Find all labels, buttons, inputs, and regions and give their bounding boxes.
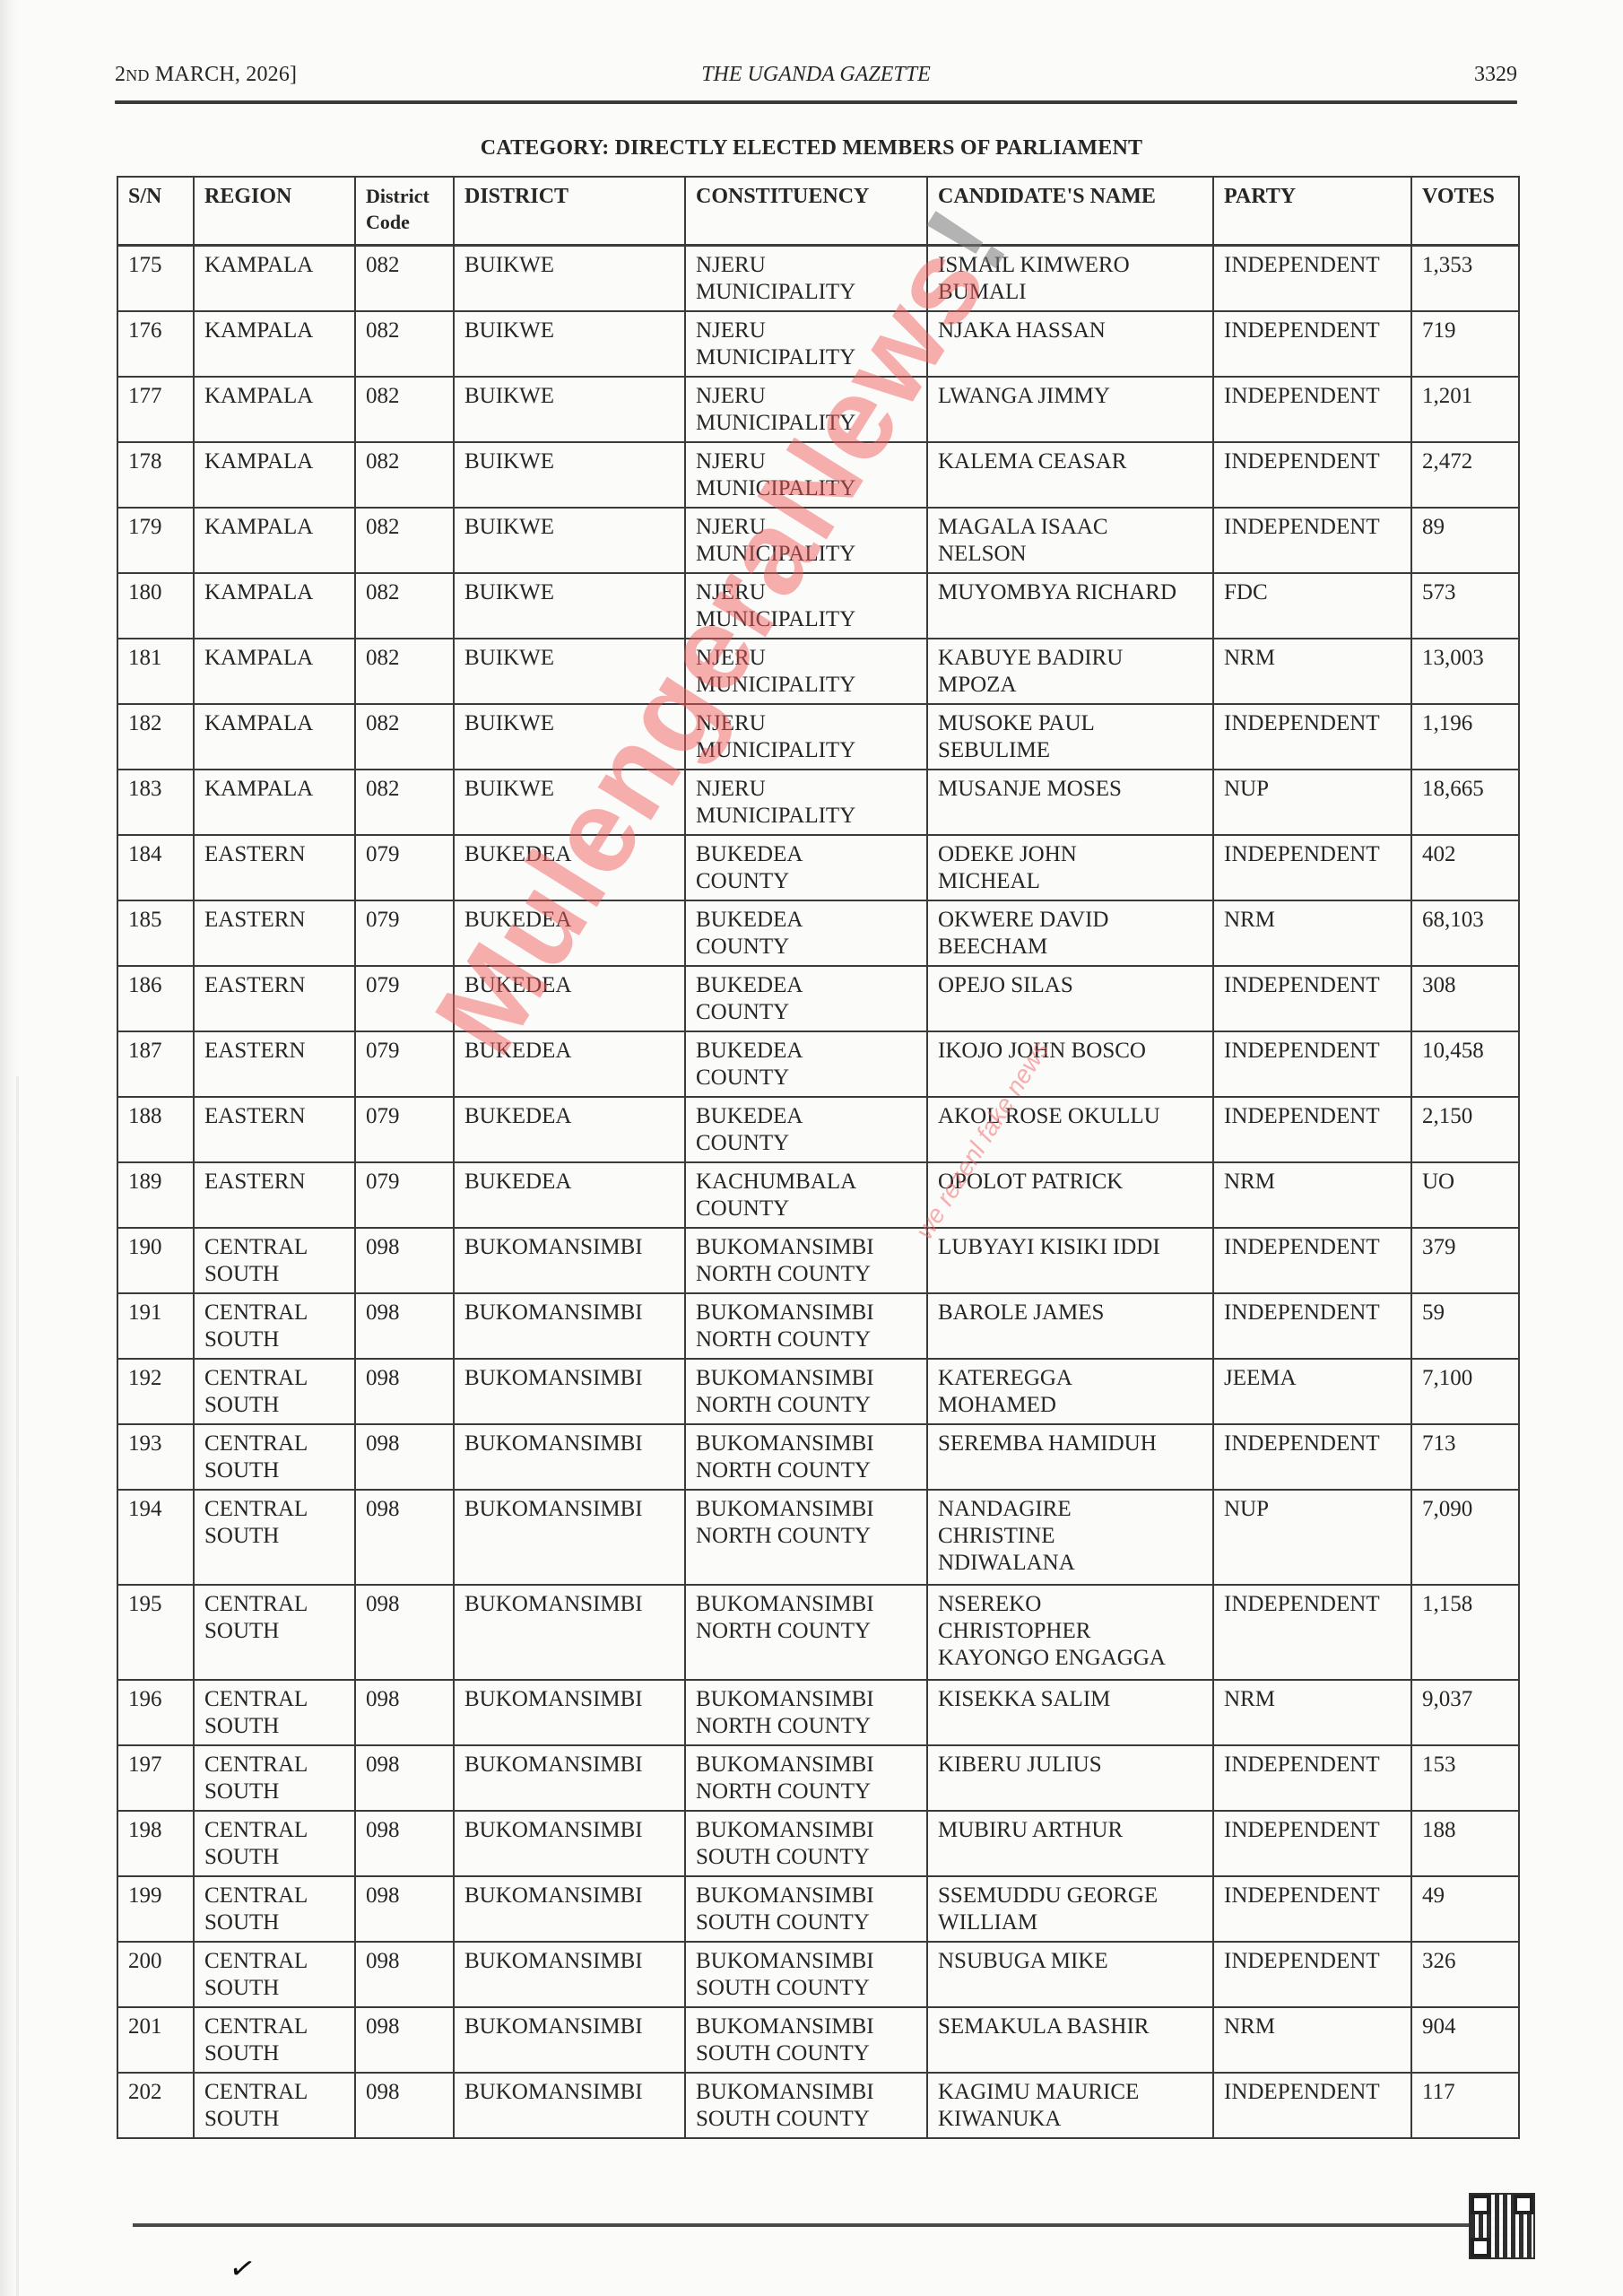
column-header-district: DISTRICT xyxy=(454,177,685,246)
candidate-name-cell: KISEKKA SALIM xyxy=(927,1680,1213,1745)
district-cell: BUIKWE xyxy=(454,508,685,573)
district-cell: BUKOMANSIMBI xyxy=(454,1424,685,1490)
table-row: 179KAMPALA082BUIKWENJERU MUNICIPALITYMAG… xyxy=(117,508,1519,573)
votes-cell: 117 xyxy=(1411,2073,1519,2138)
votes-cell: 1,158 xyxy=(1411,1585,1519,1680)
constituency-cell: KACHUMBALA COUNTY xyxy=(685,1162,927,1228)
region-cell: EASTERN xyxy=(194,1162,355,1228)
party-cell: INDEPENDENT xyxy=(1213,246,1411,312)
party-cell: INDEPENDENT xyxy=(1213,1031,1411,1097)
district-code-cell: 082 xyxy=(355,377,454,442)
district-code-cell: 079 xyxy=(355,900,454,966)
region-cell: KAMPALA xyxy=(194,770,355,835)
region-cell: CENTRAL SOUTH xyxy=(194,1585,355,1680)
district-cell: BUKEDEA xyxy=(454,835,685,900)
sn-cell: 180 xyxy=(117,573,194,639)
district-code-cell: 098 xyxy=(355,1876,454,1942)
sn-cell: 196 xyxy=(117,1680,194,1745)
candidate-name-cell: LUBYAYI KISIKI IDDI xyxy=(927,1228,1213,1293)
sn-cell: 191 xyxy=(117,1293,194,1359)
region-cell: CENTRAL SOUTH xyxy=(194,1293,355,1359)
district-cell: BUKOMANSIMBI xyxy=(454,2073,685,2138)
district-cell: BUKOMANSIMBI xyxy=(454,1876,685,1942)
votes-cell: 1,353 xyxy=(1411,246,1519,312)
constituency-cell: BUKOMANSIMBI NORTH COUNTY xyxy=(685,1359,927,1424)
region-cell: CENTRAL SOUTH xyxy=(194,1424,355,1490)
district-cell: BUKOMANSIMBI xyxy=(454,1745,685,1811)
party-cell: INDEPENDENT xyxy=(1213,377,1411,442)
table-row: 191CENTRAL SOUTH098BUKOMANSIMBIBUKOMANSI… xyxy=(117,1293,1519,1359)
constituency-cell: BUKOMANSIMBI NORTH COUNTY xyxy=(685,1490,927,1585)
table-row: 202CENTRAL SOUTH098BUKOMANSIMBIBUKOMANSI… xyxy=(117,2073,1519,2138)
sn-cell: 202 xyxy=(117,2073,194,2138)
candidate-name-cell: KAGIMU MAURICE KIWANUKA xyxy=(927,2073,1213,2138)
votes-cell: 153 xyxy=(1411,1745,1519,1811)
table-row: 190CENTRAL SOUTH098BUKOMANSIMBIBUKOMANSI… xyxy=(117,1228,1519,1293)
table-row: 189EASTERN079BUKEDEAKACHUMBALA COUNTYOPO… xyxy=(117,1162,1519,1228)
sn-cell: 194 xyxy=(117,1490,194,1585)
votes-cell: UO xyxy=(1411,1162,1519,1228)
sn-cell: 183 xyxy=(117,770,194,835)
region-cell: CENTRAL SOUTH xyxy=(194,1228,355,1293)
votes-cell: 904 xyxy=(1411,2007,1519,2073)
scan-crease xyxy=(16,1076,19,2296)
district-code-cell: 079 xyxy=(355,1162,454,1228)
region-cell: KAMPALA xyxy=(194,508,355,573)
table-row: 195CENTRAL SOUTH098BUKOMANSIMBIBUKOMANSI… xyxy=(117,1585,1519,1680)
column-header-constituency: CONSTITUENCY xyxy=(685,177,927,246)
district-code-cell: 082 xyxy=(355,770,454,835)
candidate-name-cell: IKOJO JOHN BOSCO xyxy=(927,1031,1213,1097)
votes-cell: 10,458 xyxy=(1411,1031,1519,1097)
party-cell: NRM xyxy=(1213,900,1411,966)
page-number: 3329 xyxy=(1474,63,1517,87)
votes-cell: 68,103 xyxy=(1411,900,1519,966)
sn-cell: 197 xyxy=(117,1745,194,1811)
votes-cell: 188 xyxy=(1411,1811,1519,1876)
party-cell: JEEMA xyxy=(1213,1359,1411,1424)
category-title: CATEGORY: DIRECTLY ELECTED MEMBERS OF PA… xyxy=(0,136,1623,161)
table-row: 181KAMPALA082BUIKWENJERU MUNICIPALITYKAB… xyxy=(117,639,1519,704)
table-row: 182KAMPALA082BUIKWENJERU MUNICIPALITYMUS… xyxy=(117,704,1519,770)
district-code-cell: 082 xyxy=(355,311,454,377)
district-cell: BUIKWE xyxy=(454,442,685,508)
district-code-cell: 098 xyxy=(355,2073,454,2138)
votes-cell: 379 xyxy=(1411,1228,1519,1293)
region-cell: EASTERN xyxy=(194,900,355,966)
candidate-name-cell: KABUYE BADIRU MPOZA xyxy=(927,639,1213,704)
constituency-cell: NJERU MUNICIPALITY xyxy=(685,639,927,704)
table-row: 197CENTRAL SOUTH098BUKOMANSIMBIBUKOMANSI… xyxy=(117,1745,1519,1811)
sn-cell: 176 xyxy=(117,311,194,377)
votes-cell: 2,472 xyxy=(1411,442,1519,508)
region-cell: KAMPALA xyxy=(194,639,355,704)
constituency-cell: BUKOMANSIMBI SOUTH COUNTY xyxy=(685,1811,927,1876)
party-cell: NUP xyxy=(1213,770,1411,835)
votes-cell: 573 xyxy=(1411,573,1519,639)
votes-cell: 326 xyxy=(1411,1942,1519,2007)
region-cell: CENTRAL SOUTH xyxy=(194,1745,355,1811)
constituency-cell: BUKEDEA COUNTY xyxy=(685,1031,927,1097)
district-code-cell: 098 xyxy=(355,1942,454,2007)
district-code-cell: 082 xyxy=(355,573,454,639)
constituency-cell: NJERU MUNICIPALITY xyxy=(685,508,927,573)
sn-cell: 198 xyxy=(117,1811,194,1876)
table-header-row: S/NREGIONDistrict CodeDISTRICTCONSTITUEN… xyxy=(117,177,1519,246)
votes-cell: 9,037 xyxy=(1411,1680,1519,1745)
candidate-name-cell: OPOLOT PATRICK xyxy=(927,1162,1213,1228)
votes-cell: 7,100 xyxy=(1411,1359,1519,1424)
district-cell: BUKOMANSIMBI xyxy=(454,1811,685,1876)
running-head: 2ND MARCH, 2026] THE UGANDA GAZETTE 3329 xyxy=(115,63,1517,99)
column-header-sn: S/N xyxy=(117,177,194,246)
region-cell: KAMPALA xyxy=(194,377,355,442)
sn-cell: 201 xyxy=(117,2007,194,2073)
district-cell: BUKEDEA xyxy=(454,1162,685,1228)
table-row: 194CENTRAL SOUTH098BUKOMANSIMBIBUKOMANSI… xyxy=(117,1490,1519,1585)
region-cell: CENTRAL SOUTH xyxy=(194,2073,355,2138)
party-cell: NUP xyxy=(1213,1490,1411,1585)
party-cell: INDEPENDENT xyxy=(1213,311,1411,377)
table-row: 177KAMPALA082BUIKWENJERU MUNICIPALITYLWA… xyxy=(117,377,1519,442)
region-cell: CENTRAL SOUTH xyxy=(194,1680,355,1745)
votes-cell: 89 xyxy=(1411,508,1519,573)
constituency-cell: BUKEDEA COUNTY xyxy=(685,835,927,900)
header-rule xyxy=(115,100,1517,104)
table-row: 185EASTERN079BUKEDEABUKEDEA COUNTYOKWERE… xyxy=(117,900,1519,966)
table-row: 183KAMPALA082BUIKWENJERU MUNICIPALITYMUS… xyxy=(117,770,1519,835)
candidate-name-cell: MUSANJE MOSES xyxy=(927,770,1213,835)
candidate-name-cell: KATEREGGA MOHAMED xyxy=(927,1359,1213,1424)
column-header-candidate-name: CANDIDATE'S NAME xyxy=(927,177,1213,246)
column-header-region: REGION xyxy=(194,177,355,246)
district-cell: BUIKWE xyxy=(454,704,685,770)
constituency-cell: BUKOMANSIMBI SOUTH COUNTY xyxy=(685,1876,927,1942)
table-row: 198CENTRAL SOUTH098BUKOMANSIMBIBUKOMANSI… xyxy=(117,1811,1519,1876)
table-row: 193CENTRAL SOUTH098BUKOMANSIMBIBUKOMANSI… xyxy=(117,1424,1519,1490)
votes-cell: 1,201 xyxy=(1411,377,1519,442)
votes-cell: 713 xyxy=(1411,1424,1519,1490)
column-header-district-code: District Code xyxy=(355,177,454,246)
sn-cell: 187 xyxy=(117,1031,194,1097)
party-cell: INDEPENDENT xyxy=(1213,442,1411,508)
candidate-name-cell: ISMAIL KIMWERO BUMALI xyxy=(927,246,1213,312)
region-cell: CENTRAL SOUTH xyxy=(194,2007,355,2073)
district-cell: BUKOMANSIMBI xyxy=(454,1942,685,2007)
district-code-cell: 098 xyxy=(355,2007,454,2073)
table-row: 184EASTERN079BUKEDEABUKEDEA COUNTYODEKE … xyxy=(117,835,1519,900)
table-body: 175KAMPALA082BUIKWENJERU MUNICIPALITYISM… xyxy=(117,246,1519,2139)
party-cell: NRM xyxy=(1213,2007,1411,2073)
party-cell: INDEPENDENT xyxy=(1213,1424,1411,1490)
region-cell: EASTERN xyxy=(194,1097,355,1162)
district-code-cell: 079 xyxy=(355,1031,454,1097)
constituency-cell: BUKOMANSIMBI NORTH COUNTY xyxy=(685,1293,927,1359)
sn-cell: 184 xyxy=(117,835,194,900)
district-code-cell: 098 xyxy=(355,1490,454,1585)
district-cell: BUIKWE xyxy=(454,311,685,377)
votes-cell: 1,196 xyxy=(1411,704,1519,770)
candidate-name-cell: LWANGA JIMMY xyxy=(927,377,1213,442)
district-code-cell: 082 xyxy=(355,704,454,770)
party-cell: INDEPENDENT xyxy=(1213,1293,1411,1359)
district-code-cell: 098 xyxy=(355,1359,454,1424)
district-cell: BUKOMANSIMBI xyxy=(454,2007,685,2073)
sn-cell: 186 xyxy=(117,966,194,1031)
party-cell: INDEPENDENT xyxy=(1213,1942,1411,2007)
candidate-name-cell: ODEKE JOHN MICHEAL xyxy=(927,835,1213,900)
district-code-cell: 098 xyxy=(355,1745,454,1811)
constituency-cell: BUKEDEA COUNTY xyxy=(685,966,927,1031)
region-cell: KAMPALA xyxy=(194,442,355,508)
votes-cell: 402 xyxy=(1411,835,1519,900)
constituency-cell: BUKOMANSIMBI NORTH COUNTY xyxy=(685,1228,927,1293)
votes-cell: 308 xyxy=(1411,966,1519,1031)
district-code-cell: 082 xyxy=(355,246,454,312)
party-cell: INDEPENDENT xyxy=(1213,1228,1411,1293)
table-row: 201CENTRAL SOUTH098BUKOMANSIMBIBUKOMANSI… xyxy=(117,2007,1519,2073)
district-code-cell: 079 xyxy=(355,1097,454,1162)
constituency-cell: BUKOMANSIMBI NORTH COUNTY xyxy=(685,1680,927,1745)
region-cell: EASTERN xyxy=(194,966,355,1031)
footer-rule xyxy=(133,2223,1469,2227)
district-cell: BUKOMANSIMBI xyxy=(454,1228,685,1293)
sn-cell: 182 xyxy=(117,704,194,770)
district-cell: BUKOMANSIMBI xyxy=(454,1293,685,1359)
party-cell: FDC xyxy=(1213,573,1411,639)
party-cell: INDEPENDENT xyxy=(1213,835,1411,900)
results-table: S/NREGIONDistrict CodeDISTRICTCONSTITUEN… xyxy=(117,176,1520,2139)
constituency-cell: NJERU MUNICIPALITY xyxy=(685,573,927,639)
region-cell: CENTRAL SOUTH xyxy=(194,1359,355,1424)
votes-cell: 49 xyxy=(1411,1876,1519,1942)
district-cell: BUKEDEA xyxy=(454,1097,685,1162)
qr-finder-pattern xyxy=(1514,2195,1533,2214)
sn-cell: 195 xyxy=(117,1585,194,1680)
sn-cell: 200 xyxy=(117,1942,194,2007)
candidate-name-cell: MUSOKE PAUL SEBULIME xyxy=(927,704,1213,770)
sn-cell: 177 xyxy=(117,377,194,442)
party-cell: INDEPENDENT xyxy=(1213,1585,1411,1680)
constituency-cell: BUKEDEA COUNTY xyxy=(685,1097,927,1162)
region-cell: KAMPALA xyxy=(194,704,355,770)
region-cell: CENTRAL SOUTH xyxy=(194,1490,355,1585)
party-cell: INDEPENDENT xyxy=(1213,704,1411,770)
region-cell: EASTERN xyxy=(194,835,355,900)
district-cell: BUKOMANSIMBI xyxy=(454,1359,685,1424)
candidate-name-cell: NSUBUGA MIKE xyxy=(927,1942,1213,2007)
sn-cell: 188 xyxy=(117,1097,194,1162)
table-row: 200CENTRAL SOUTH098BUKOMANSIMBIBUKOMANSI… xyxy=(117,1942,1519,2007)
column-header-party: PARTY xyxy=(1213,177,1411,246)
district-code-cell: 079 xyxy=(355,835,454,900)
party-cell: INDEPENDENT xyxy=(1213,1811,1411,1876)
district-code-cell: 098 xyxy=(355,1585,454,1680)
candidate-name-cell: SSEMUDDU GEORGE WILLIAM xyxy=(927,1876,1213,1942)
district-cell: BUIKWE xyxy=(454,770,685,835)
candidate-name-cell: MUYOMBYA RICHARD xyxy=(927,573,1213,639)
candidate-name-cell: SEREMBA HAMIDUH xyxy=(927,1424,1213,1490)
district-cell: BUIKWE xyxy=(454,246,685,312)
constituency-cell: NJERU MUNICIPALITY xyxy=(685,246,927,312)
constituency-cell: BUKOMANSIMBI NORTH COUNTY xyxy=(685,1585,927,1680)
district-code-cell: 079 xyxy=(355,966,454,1031)
district-cell: BUKEDEA xyxy=(454,900,685,966)
party-cell: NRM xyxy=(1213,639,1411,704)
district-cell: BUKOMANSIMBI xyxy=(454,1585,685,1680)
votes-cell: 59 xyxy=(1411,1293,1519,1359)
candidate-name-cell: KALEMA CEASAR xyxy=(927,442,1213,508)
constituency-cell: BUKOMANSIMBI NORTH COUNTY xyxy=(685,1424,927,1490)
table-row: 176KAMPALA082BUIKWENJERU MUNICIPALITYNJA… xyxy=(117,311,1519,377)
district-code-cell: 098 xyxy=(355,1228,454,1293)
district-cell: BUKOMANSIMBI xyxy=(454,1680,685,1745)
candidate-name-cell: NANDAGIRE CHRISTINE NDIWALANA xyxy=(927,1490,1213,1585)
votes-cell: 18,665 xyxy=(1411,770,1519,835)
votes-cell: 2,150 xyxy=(1411,1097,1519,1162)
candidate-name-cell: SEMAKULA BASHIR xyxy=(927,2007,1213,2073)
party-cell: INDEPENDENT xyxy=(1213,1876,1411,1942)
district-cell: BUIKWE xyxy=(454,377,685,442)
table-row: 175KAMPALA082BUIKWENJERU MUNICIPALITYISM… xyxy=(117,246,1519,312)
pen-tick-mark: ✓ xyxy=(226,2248,258,2289)
district-code-cell: 098 xyxy=(355,1293,454,1359)
publication-title: THE UGANDA GAZETTE xyxy=(115,63,1517,87)
sn-cell: 178 xyxy=(117,442,194,508)
table-row: 192CENTRAL SOUTH098BUKOMANSIMBIBUKOMANSI… xyxy=(117,1359,1519,1424)
table-row: 187EASTERN079BUKEDEABUKEDEA COUNTYIKOJO … xyxy=(117,1031,1519,1097)
region-cell: CENTRAL SOUTH xyxy=(194,1942,355,2007)
table-row: 199CENTRAL SOUTH098BUKOMANSIMBIBUKOMANSI… xyxy=(117,1876,1519,1942)
district-cell: BUIKWE xyxy=(454,573,685,639)
candidate-name-cell: OKWERE DAVID BEECHAM xyxy=(927,900,1213,966)
candidate-name-cell: BAROLE JAMES xyxy=(927,1293,1213,1359)
party-cell: INDEPENDENT xyxy=(1213,966,1411,1031)
constituency-cell: NJERU MUNICIPALITY xyxy=(685,442,927,508)
table-row: 178KAMPALA082BUIKWENJERU MUNICIPALITYKAL… xyxy=(117,442,1519,508)
sn-cell: 193 xyxy=(117,1424,194,1490)
sn-cell: 192 xyxy=(117,1359,194,1424)
candidate-name-cell: NSEREKO CHRISTOPHER KAYONGO ENGAGGA xyxy=(927,1585,1213,1680)
candidate-name-cell: MUBIRU ARTHUR xyxy=(927,1811,1213,1876)
district-code-cell: 082 xyxy=(355,508,454,573)
candidate-name-cell: KIBERU JULIUS xyxy=(927,1745,1213,1811)
region-cell: KAMPALA xyxy=(194,246,355,312)
column-header-votes: VOTES xyxy=(1411,177,1519,246)
district-cell: BUKEDEA xyxy=(454,1031,685,1097)
constituency-cell: NJERU MUNICIPALITY xyxy=(685,311,927,377)
district-code-cell: 098 xyxy=(355,1424,454,1490)
sn-cell: 189 xyxy=(117,1162,194,1228)
constituency-cell: BUKEDEA COUNTY xyxy=(685,900,927,966)
party-cell: INDEPENDENT xyxy=(1213,508,1411,573)
table-row: 196CENTRAL SOUTH098BUKOMANSIMBIBUKOMANSI… xyxy=(117,1680,1519,1745)
table-row: 186EASTERN079BUKEDEABUKEDEA COUNTYOPEJO … xyxy=(117,966,1519,1031)
constituency-cell: BUKOMANSIMBI NORTH COUNTY xyxy=(685,1745,927,1811)
party-cell: INDEPENDENT xyxy=(1213,1745,1411,1811)
sn-cell: 199 xyxy=(117,1876,194,1942)
qr-code-icon xyxy=(1471,2195,1533,2257)
constituency-cell: NJERU MUNICIPALITY xyxy=(685,770,927,835)
votes-cell: 7,090 xyxy=(1411,1490,1519,1585)
votes-cell: 13,003 xyxy=(1411,639,1519,704)
region-cell: CENTRAL SOUTH xyxy=(194,1811,355,1876)
district-cell: BUKEDEA xyxy=(454,966,685,1031)
region-cell: KAMPALA xyxy=(194,311,355,377)
constituency-cell: BUKOMANSIMBI SOUTH COUNTY xyxy=(685,2007,927,2073)
sn-cell: 185 xyxy=(117,900,194,966)
constituency-cell: NJERU MUNICIPALITY xyxy=(685,377,927,442)
sn-cell: 179 xyxy=(117,508,194,573)
district-code-cell: 082 xyxy=(355,442,454,508)
region-cell: EASTERN xyxy=(194,1031,355,1097)
constituency-cell: BUKOMANSIMBI SOUTH COUNTY xyxy=(685,1942,927,2007)
region-cell: KAMPALA xyxy=(194,573,355,639)
district-cell: BUKOMANSIMBI xyxy=(454,1490,685,1585)
region-cell: CENTRAL SOUTH xyxy=(194,1876,355,1942)
candidate-name-cell: OPEJO SILAS xyxy=(927,966,1213,1031)
district-cell: BUIKWE xyxy=(454,639,685,704)
constituency-cell: NJERU MUNICIPALITY xyxy=(685,704,927,770)
sn-cell: 175 xyxy=(117,246,194,312)
votes-cell: 719 xyxy=(1411,311,1519,377)
table-row: 180KAMPALA082BUIKWENJERU MUNICIPALITYMUY… xyxy=(117,573,1519,639)
candidate-name-cell: AKOL ROSE OKULLU xyxy=(927,1097,1213,1162)
constituency-cell: BUKOMANSIMBI SOUTH COUNTY xyxy=(685,2073,927,2138)
party-cell: NRM xyxy=(1213,1680,1411,1745)
table-row: 188EASTERN079BUKEDEABUKEDEA COUNTYAKOL R… xyxy=(117,1097,1519,1162)
sn-cell: 181 xyxy=(117,639,194,704)
candidate-name-cell: MAGALA ISAAC NELSON xyxy=(927,508,1213,573)
candidate-name-cell: NJAKA HASSAN xyxy=(927,311,1213,377)
party-cell: INDEPENDENT xyxy=(1213,1097,1411,1162)
district-code-cell: 082 xyxy=(355,639,454,704)
district-code-cell: 098 xyxy=(355,1680,454,1745)
party-cell: NRM xyxy=(1213,1162,1411,1228)
sn-cell: 190 xyxy=(117,1228,194,1293)
party-cell: INDEPENDENT xyxy=(1213,2073,1411,2138)
district-code-cell: 098 xyxy=(355,1811,454,1876)
